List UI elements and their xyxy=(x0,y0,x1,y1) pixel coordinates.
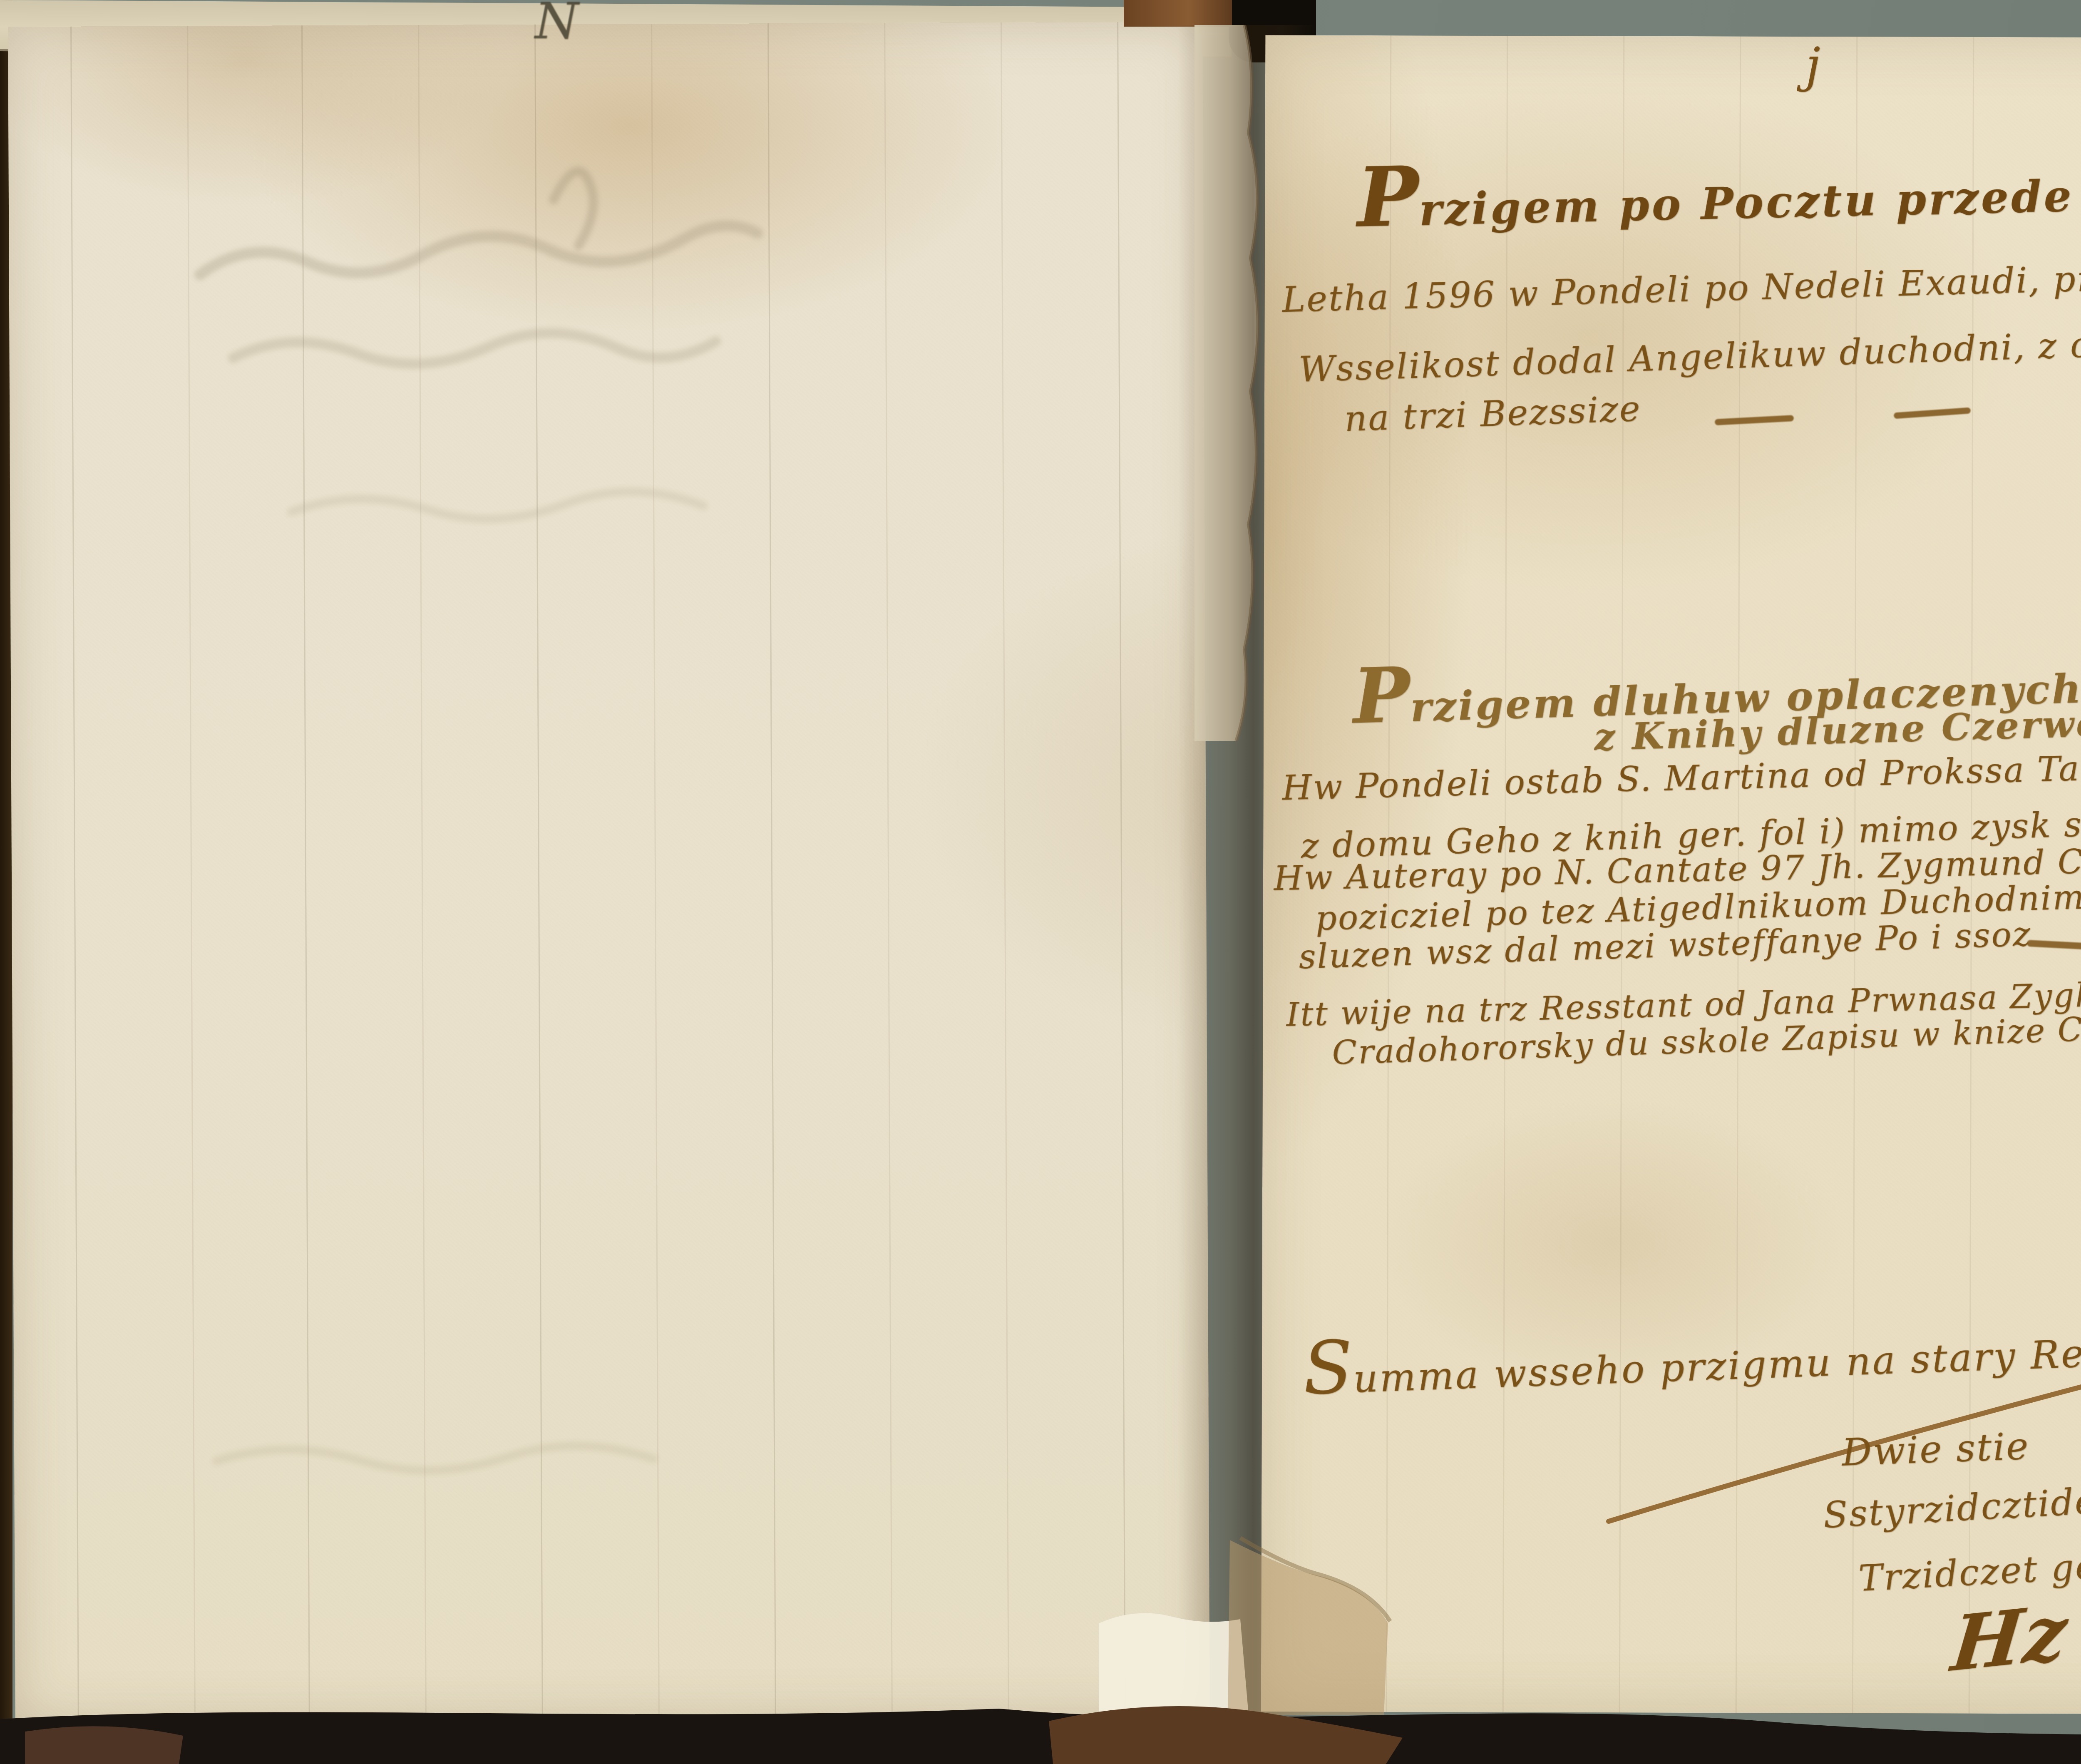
photographed-ledger-spread: N ß g d j Przigem po Pocztu przede slozy… xyxy=(0,0,2081,1764)
bottom-binding xyxy=(0,0,2081,1764)
